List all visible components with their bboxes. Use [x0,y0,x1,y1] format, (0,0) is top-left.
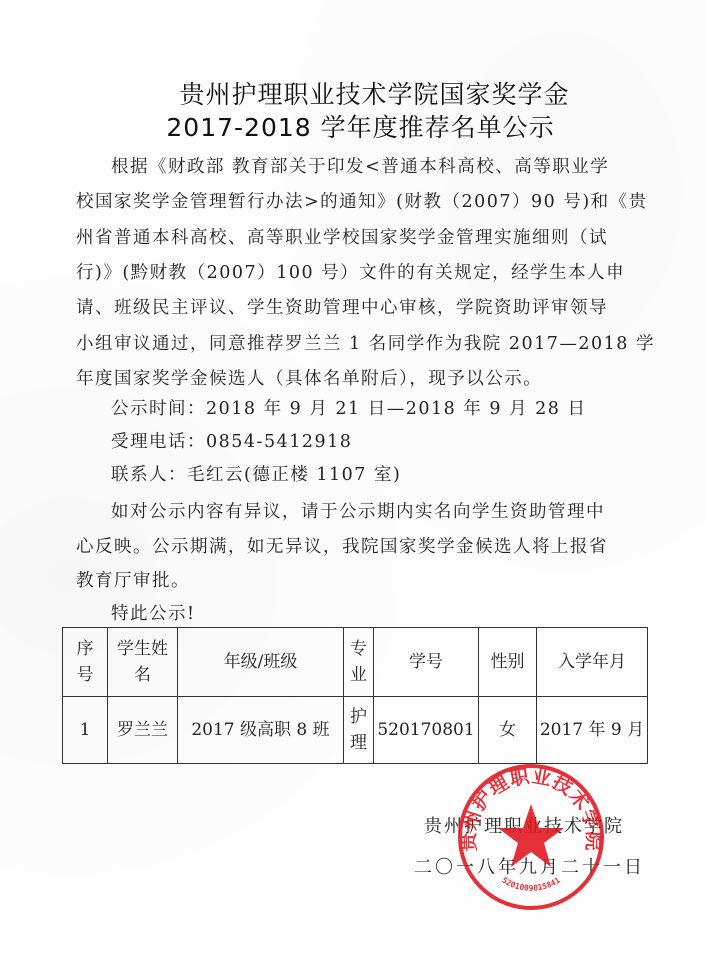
body-line-6: 小组审议通过，同意推荐罗兰兰 1 名同学作为我院 2017—2018 学 [76,333,655,355]
closing-text: 特此公示! [111,603,196,625]
objection-line-3: 教育厅审批。 [76,570,190,592]
candidate-table: 序 号 学生姓 名 年级/班级 专 业 学号 性别 入学年月 1 罗兰兰 201… [62,627,648,764]
body-line-3: 州省普通本科高校、高等职业学校国家奖学金管理实施细则（试 [76,227,608,249]
body-line-5: 请、班级民主评议、学生资助管理中心审核，学院资助评审领导 [76,297,608,319]
document-title-line2: 2017-2018 学年度推荐名单公示 [8,113,705,143]
header-major: 专 业 [344,628,374,697]
cell-major: 护 理 [344,697,374,764]
cell-index: 1 [63,697,108,764]
cell-gender: 女 [479,697,537,764]
body-line-7: 年度国家奖学金候选人（具体名单附后），现予以公示。 [76,368,542,390]
document-title-line1: 贵州护理职业技术学院国家奖学金 [22,80,705,110]
document-page: 贵州护理职业技术学院国家奖学金 2017-2018 学年度推荐名单公示 根据《财… [0,0,705,960]
signature-organization: 贵州护理职业技术学院 [424,812,624,838]
signature-date: 二〇一八年九月二十一日 [414,853,645,879]
header-index: 序 号 [63,628,108,697]
header-student-id: 学号 [374,628,479,697]
objection-line-2: 心反映。公示期满，如无异议，我院国家奖学金候选人将上报省 [76,536,608,558]
header-name: 学生姓 名 [108,628,178,697]
body-line-1: 根据《财政部 教育部关于印发<普通本科高校、高等职业学 [111,156,609,178]
cell-class: 2017 级高职 8 班 [178,697,344,764]
table-row: 1 罗兰兰 2017 级高职 8 班 护 理 520170801 女 2017 … [63,697,648,764]
body-line-2: 校国家奖学金管理暂行办法>的通知》(财教（2007）90 号)和《贵 [76,191,648,213]
notice-period: 公示时间：2018 年 9 月 21 日—2018 年 9 月 28 日 [111,398,587,420]
svg-text:贵州护理职业技术学院: 贵州护理职业技术学院 [457,765,606,852]
contact-person: 联系人：毛红云(德正楼 1107 室) [111,464,401,486]
cell-enroll: 2017 年 9 月 [537,697,648,764]
body-line-4: 行)》(黔财教（2007）100 号）文件的有关规定，经学生本人申 [76,262,625,284]
table-header-row: 序 号 学生姓 名 年级/班级 专 业 学号 性别 入学年月 [63,628,648,697]
header-gender: 性别 [479,628,537,697]
contact-phone: 受理电话：0854-5412918 [111,431,352,453]
cell-name: 罗兰兰 [108,697,178,764]
header-enroll: 入学年月 [537,628,648,697]
header-class: 年级/班级 [178,628,344,697]
seal-ring-text: 贵州护理职业技术学院 [457,765,606,852]
objection-line-1: 如对公示内容有异议，请于公示期内实名向学生资助管理中 [111,501,605,523]
cell-student-id: 520170801 [374,697,479,764]
